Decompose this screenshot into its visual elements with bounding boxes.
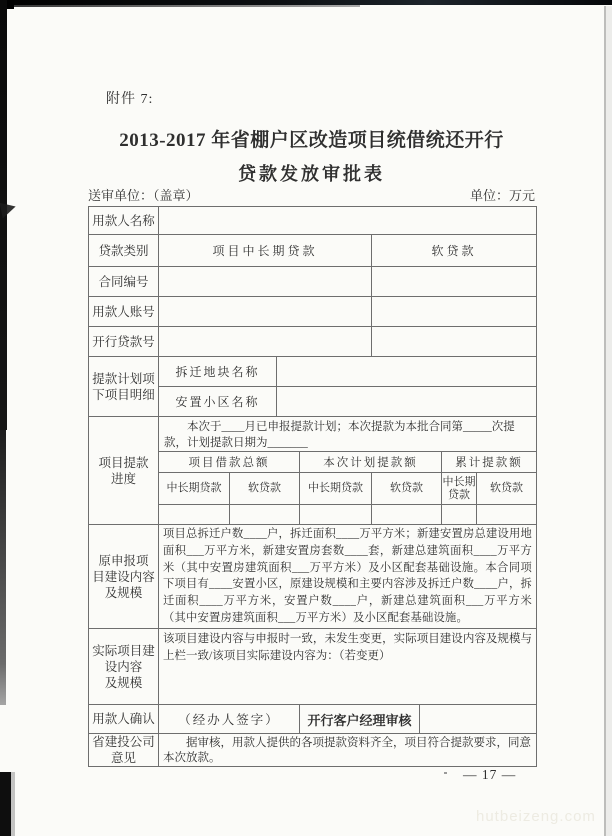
row-opinion: 省建投公司 意见 据审核，用款人提供的各项提款资料齐全，项目符合提款要求，同意本…: [89, 733, 536, 766]
row-original-scope: 原申报项 目建设内容 及规模 项目总拆迁户数____户，拆迁面积____万平方米…: [89, 524, 536, 628]
subheader-soft-3: 软贷款: [477, 473, 536, 504]
plan-detail-subrow-resettlement: 安置小区名称: [159, 387, 536, 416]
submit-unit-label: 送审单位：（盖章）: [88, 185, 199, 204]
account-no-midlong-cell: [159, 297, 372, 326]
actual-scope-text: 该项目建设内容与申报时一致，未发生变更，实际项目建设内容及规模与上栏一致/该项目…: [159, 629, 536, 704]
opinion-text: 据审核，用款人提供的各项提款资料齐全，项目符合提款要求，同意本次放款。: [159, 734, 536, 766]
subheader-soft-2: 软贷款: [372, 473, 442, 504]
subheader-midlong-3: 中长期 贷款: [442, 473, 477, 504]
row-plan-detail: 提款计划项 下项目明细 拆迁地块名称 安置小区名称: [89, 356, 536, 416]
progress-label: 项目提款 进度: [89, 417, 159, 524]
plan-detail-subgrid: 拆迁地块名称 安置小区名称: [159, 357, 536, 416]
attachment-label: 附件 7:: [106, 88, 153, 108]
resettlement-area-label: 安置小区名称: [159, 387, 277, 416]
progress-subheader-row: 中长期贷款 软贷款 中长期贷款 软贷款 中长期 贷款 软贷款: [159, 473, 536, 505]
page-number: — 17 —: [463, 767, 516, 783]
meta-row: 送审单位：（盖章） 单位：万元: [88, 185, 535, 204]
progress-note: 本次于____月已申报提款计划；本次提款为本批合同第_____次提 款，计划提款…: [159, 417, 536, 452]
document-title-line1: 2013-2017 年省棚户区改造项目统借统还开行: [70, 125, 553, 152]
contract-no-soft-cell: [372, 267, 536, 296]
progress-header-row: 项目借款总额 本次计划提款额 累计提款额: [159, 452, 536, 473]
opinion-label: 省建投公司 意见: [89, 734, 159, 766]
row-loan-type: 贷款类别 项目中长期贷款 软贷款: [89, 234, 536, 266]
cdb-loan-no-soft-cell: [372, 327, 536, 356]
account-no-soft-cell: [372, 297, 536, 326]
loan-type-soft: 软贷款: [372, 235, 536, 266]
value-soft-2: [372, 505, 442, 524]
row-contract-no: 合同编号: [89, 266, 536, 296]
progress-grid: 本次于____月已申报提款计划；本次提款为本批合同第_____次提 款，计划提款…: [159, 417, 536, 524]
scan-right-edge-shade: [606, 6, 612, 836]
scan-speck: [444, 772, 447, 774]
actual-scope-label: 实际项目建 设内容 及规模: [89, 629, 159, 704]
confirm-review-value-cell: [420, 705, 536, 733]
row-progress: 项目提款 进度 本次于____月已申报提款计划；本次提款为本批合同第_____次…: [89, 416, 536, 524]
scan-left-bottom-edge: [0, 772, 11, 836]
account-no-label: 用款人账号: [89, 297, 159, 326]
original-scope-text: 项目总拆迁户数____户，拆迁面积____万平方米；新建安置房总建设用地面积__…: [159, 525, 536, 628]
value-soft-1: [230, 505, 300, 524]
contract-no-midlong-cell: [159, 267, 372, 296]
scan-left-bottom-shade: [11, 772, 15, 836]
watermark-text: hutbeizeng.com: [476, 808, 596, 825]
value-soft-3: [477, 505, 536, 524]
row-actual-scope: 实际项目建 设内容 及规模 该项目建设内容与申报时一致，未发生变更，实际项目建设…: [89, 628, 536, 704]
borrower-name-label: 用款人名称: [89, 207, 159, 234]
cdb-loan-no-label: 开行贷款号: [89, 327, 159, 356]
unit-label: 单位：万元: [470, 185, 535, 204]
value-midlong-3: [442, 505, 477, 524]
plan-detail-subrow-demolition: 拆迁地块名称: [159, 357, 536, 387]
document-title-line2: 贷款发放审批表: [70, 160, 553, 186]
progress-value-row: [159, 505, 536, 524]
approval-form-table: 用款人名称 贷款类别 项目中长期贷款 软贷款 合同编号 用款人账号 开行贷款号 …: [88, 206, 537, 767]
confirm-sign-hint: （经办人签字）: [159, 705, 300, 733]
contract-no-label: 合同编号: [89, 267, 159, 296]
confirm-label: 用款人确认: [89, 705, 159, 733]
row-cdb-loan-no: 开行贷款号: [89, 326, 536, 356]
borrower-name-value-cell: [159, 207, 536, 234]
demolition-plot-label: 拆迁地块名称: [159, 357, 277, 386]
subheader-midlong-2: 中长期贷款: [300, 473, 372, 504]
confirm-review-label: 开行客户经理审核: [300, 705, 420, 733]
row-account-no: 用款人账号: [89, 296, 536, 326]
subheader-soft-1: 软贷款: [230, 473, 300, 504]
cdb-loan-no-midlong-cell: [159, 327, 372, 356]
loan-type-label: 贷款类别: [89, 235, 159, 266]
header-current-drawdown: 本次计划提款额: [300, 452, 442, 472]
loan-type-mid-long-term: 项目中长期贷款: [159, 235, 372, 266]
plan-detail-label: 提款计划项 下项目明细: [89, 357, 159, 416]
scan-left-edge-fade: [0, 430, 6, 705]
row-borrower-name: 用款人名称: [89, 207, 536, 234]
subheader-midlong-1: 中长期贷款: [159, 473, 230, 504]
original-scope-label: 原申报项 目建设内容 及规模: [89, 525, 159, 628]
value-midlong-1: [159, 505, 230, 524]
header-cumulative-drawdown: 累计提款额: [442, 452, 536, 472]
resettlement-area-value-cell: [277, 387, 536, 416]
scan-top-edge-shadow: [0, 5, 360, 7]
header-total-loan: 项目借款总额: [159, 452, 300, 472]
scan-ink-mark: [0, 200, 17, 219]
demolition-plot-value-cell: [277, 357, 536, 386]
value-midlong-2: [300, 505, 372, 524]
row-confirm: 用款人确认 （经办人签字） 开行客户经理审核: [89, 704, 536, 733]
